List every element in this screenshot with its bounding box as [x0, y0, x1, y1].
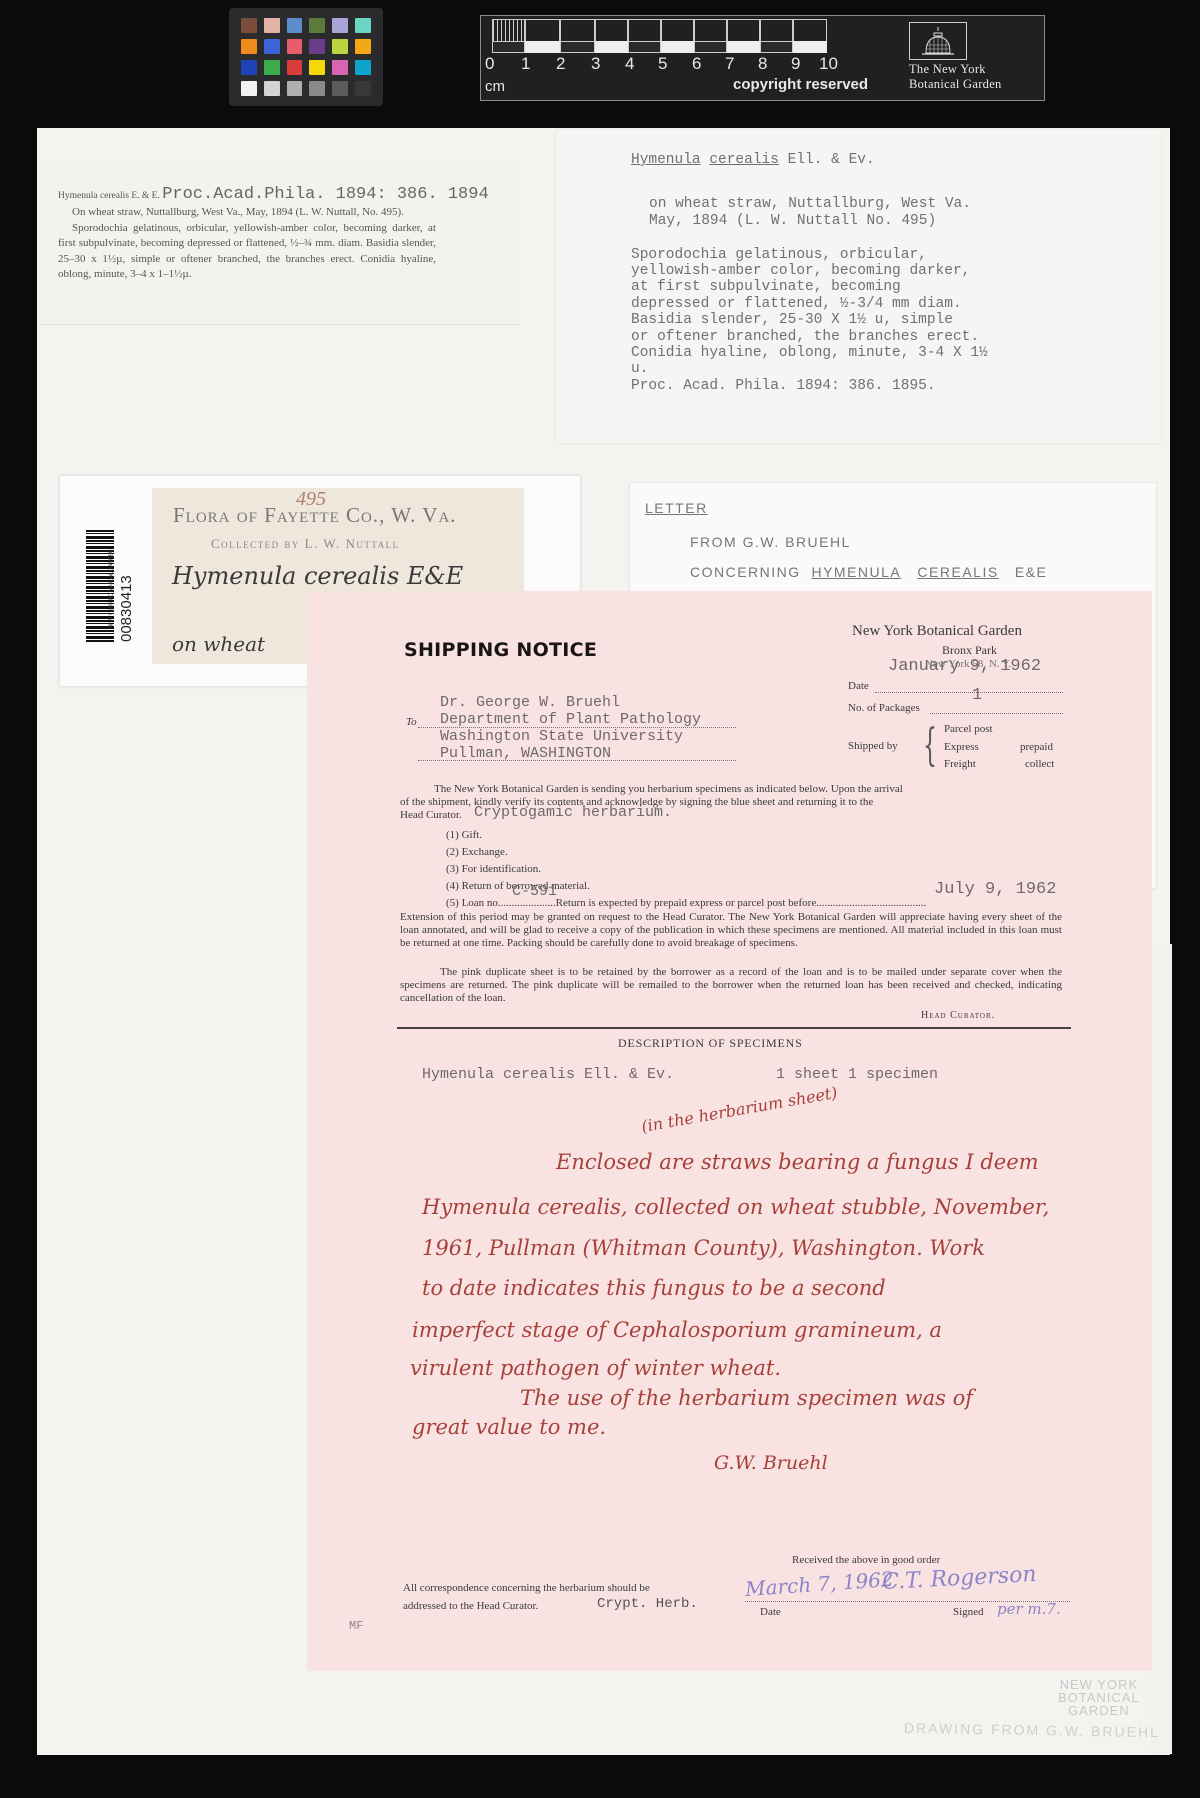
sender-org: New York Botanical Garden: [852, 623, 1022, 640]
color-swatch: [241, 18, 257, 33]
typed-collector: May, 1894 (L. W. Nuttall No. 495): [649, 213, 936, 230]
color-swatch: [264, 81, 280, 96]
tick-label: 8: [758, 54, 767, 74]
received-initials: per m.7.: [997, 1600, 1061, 1618]
handwritten-substrate: on wheat: [172, 632, 265, 656]
color-swatch: [309, 81, 325, 96]
duplicate-sheet-text: The pink duplicate sheet is to be retain…: [400, 966, 1062, 1005]
ship-option: Parcel post: [944, 723, 993, 735]
typed-desc-line: Basidia slender, 25-30 X 1½ u, simple: [631, 312, 953, 329]
citation: Proc.Acad.Phila. 1894: 386. 1894: [162, 185, 488, 204]
typed-desc-line: depressed or flattened, ½-3/4 mm diam.: [631, 296, 962, 313]
typed-desc-line: Sporodochia gelatinous, orbicular,: [631, 247, 927, 264]
tick-label: 3: [591, 54, 600, 74]
color-swatch: [332, 81, 348, 96]
recipient-name: Dr. George W. Bruehl: [440, 694, 620, 711]
color-swatch: [355, 60, 371, 75]
color-swatch: [287, 81, 303, 96]
handwritten-line: Enclosed are straws bearing a fungus I d…: [556, 1150, 1039, 1174]
tick-label: 2: [556, 54, 565, 74]
loan-number: C-591: [512, 883, 557, 900]
option-exchange: (2) Exchange.: [446, 846, 508, 858]
handwritten-line: The use of the herbarium specimen was of: [520, 1386, 973, 1410]
typed-desc-line: or oftener branched, the branches erect.: [631, 329, 979, 346]
color-swatch: [287, 60, 303, 75]
option-gift: (1) Gift.: [446, 829, 482, 841]
ship-term: collect: [1025, 758, 1054, 770]
color-swatch: [332, 60, 348, 75]
color-swatch: [287, 18, 303, 33]
barcode: NEW YORK BOTANICAL GARDEN 00830413: [86, 530, 130, 642]
to-label: To: [406, 716, 417, 728]
letter-title: LETTER: [645, 500, 708, 516]
description-text: Sporodochia gelatinous, orbicular, yello…: [58, 221, 436, 283]
ship-term: prepaid: [1020, 741, 1053, 753]
nybg-stamp: NEW YORK BOTANICAL GARDEN: [1058, 1678, 1140, 1717]
return-date: July 9, 1962: [934, 880, 1056, 899]
tick-label: 6: [692, 54, 701, 74]
tick-label: 0: [485, 54, 494, 74]
authority: E&E: [1015, 564, 1048, 580]
color-swatch: [309, 18, 325, 33]
footer-text: All correspondence concerning the herbar…: [403, 1582, 650, 1594]
recipient-univ: Washington State University: [440, 728, 683, 745]
typed-desc-line: yellowish-amber color, becoming darker,: [631, 263, 970, 280]
color-swatch: [264, 18, 280, 33]
unit-label: cm: [485, 78, 505, 95]
intro-text: The New York Botanical Garden is sending…: [400, 783, 1062, 796]
typed-desc-line: at first subpulvinate, becoming: [631, 279, 901, 296]
typist-initials: MF: [349, 1619, 363, 1633]
packages-label: No. of Packages: [848, 702, 920, 714]
conservatory-dome-icon: [909, 22, 967, 60]
date-label: Date: [760, 1606, 781, 1618]
terms-text: Extension of this period may be granted …: [400, 911, 1062, 950]
typed-desc-line: u.: [631, 361, 648, 378]
label-collector: Collected by L. W. Nuttall: [211, 536, 400, 552]
handwritten-line: Hymenula cerealis, collected on wheat st…: [422, 1195, 1049, 1219]
scale-bar: 0 1 2 3 4 5 6 7 8 9 10 cm copyright rese…: [480, 15, 1045, 101]
signed-label: Signed: [953, 1606, 984, 1618]
letter-concerning: CONCERNING HYMENULA CEREALIS E&E: [690, 564, 1047, 580]
typed-citation: Proc. Acad. Phila. 1894: 386. 1895.: [631, 378, 936, 395]
brace-icon: {: [923, 720, 937, 771]
typed-department: Cryptogamic herbarium.: [474, 804, 672, 821]
handwritten-line: 1961, Pullman (Whitman County), Washingt…: [422, 1236, 985, 1260]
clipping-body: On wheat straw, Nuttallburg, West Va., M…: [58, 205, 436, 283]
handwritten-line: virulent pathogen of winter wheat.: [410, 1356, 781, 1380]
species: cerealis: [709, 152, 779, 168]
stamp-line: GARDEN: [1058, 1704, 1140, 1717]
authority: Ell. & Ev.: [788, 152, 875, 168]
recipient-dept: Department of Plant Pathology: [440, 711, 701, 728]
typed-locality: on wheat straw, Nuttallburg, West Va.: [649, 196, 971, 213]
handwritten-taxon: Hymenula cerealis E&E: [172, 562, 463, 590]
option-identification: (3) For identification.: [446, 863, 541, 875]
handwritten-signature: G.W. Bruehl: [714, 1452, 828, 1474]
shipping-date: January 9, 1962: [888, 657, 1041, 676]
ruler-numbers: 0 1 2 3 4 5 6 7 8 9 10: [485, 54, 835, 76]
ship-option: Express: [944, 741, 979, 753]
genus: HYMENULA: [811, 564, 901, 580]
color-swatch: [309, 60, 325, 75]
tick-label: 7: [725, 54, 734, 74]
color-checker-card: [229, 8, 383, 106]
received-label: Received the above in good order: [792, 1554, 940, 1566]
taxon-name: Hymenula cerealis E. & E.: [58, 191, 160, 201]
tick-label: 9: [791, 54, 800, 74]
underlying-sheet-edge: [1150, 944, 1172, 1754]
ruler-graduations: [492, 19, 827, 53]
color-swatch: [241, 39, 257, 54]
institution-name: The New York Botanical Garden: [909, 62, 1002, 92]
publication-clipping: Hymenula cerealis E. & E. Proc.Acad.Phil…: [40, 165, 520, 325]
typed-description-card: Hymenula cerealis Ell. & Ev. on wheat st…: [556, 130, 1161, 443]
color-swatch: [309, 39, 325, 54]
footer-text: addressed to the Head Curator.: [403, 1600, 538, 1612]
genus: Hymenula: [631, 152, 701, 168]
institution-line: Botanical Garden: [909, 77, 1002, 92]
handwritten-line: great value to me.: [412, 1415, 606, 1439]
typed-dept-abbrev: Crypt. Herb.: [597, 1596, 698, 1612]
tick-label: 1: [521, 54, 530, 74]
tick-label: 4: [625, 54, 634, 74]
species: CEREALIS: [917, 564, 998, 580]
locality-text: On wheat straw, Nuttallburg, West Va., M…: [58, 205, 436, 221]
sender-address: Bronx Park: [942, 643, 997, 658]
ship-option: Freight: [944, 758, 976, 770]
label-title: Flora of Fayette Co., W. Va.: [173, 503, 457, 528]
specimen-name: Hymenula cerealis Ell. & Ev.: [422, 1066, 674, 1083]
form-title: SHIPPING NOTICE: [404, 639, 597, 661]
color-swatch: [241, 81, 257, 96]
color-swatch: [264, 39, 280, 54]
barcode-number: 00830413: [118, 575, 135, 642]
shipping-notice-form: [307, 591, 1152, 1671]
copyright-notice: copyright reserved: [733, 76, 868, 93]
barcode-institution: NEW YORK BOTANICAL GARDEN: [109, 549, 115, 628]
description-heading: DESCRIPTION OF SPECIMENS: [618, 1036, 803, 1051]
typed-taxon: Hymenula cerealis Ell. & Ev.: [631, 152, 875, 169]
handwritten-line: imperfect stage of Cephalosporium gramin…: [412, 1318, 942, 1342]
color-swatch: [332, 39, 348, 54]
color-swatch: [355, 39, 371, 54]
typed-desc-line: Conidia hyaline, oblong, minute, 3-4 X 1…: [631, 345, 988, 362]
divider: [397, 1027, 1071, 1029]
packages-count: 1: [972, 686, 982, 705]
color-swatch: [355, 18, 371, 33]
handwritten-line: to date indicates this fungus to be a se…: [422, 1276, 886, 1300]
color-swatch: [332, 18, 348, 33]
tick-label: 10: [819, 54, 838, 74]
color-swatch: [264, 60, 280, 75]
color-swatch: [241, 60, 257, 75]
concerning-label: CONCERNING: [690, 564, 801, 580]
color-swatch: [287, 39, 303, 54]
clipping-header: Hymenula cerealis E. & E. Proc.Acad.Phil…: [58, 185, 489, 204]
shipped-by-label: Shipped by: [848, 740, 898, 752]
institution-line: The New York: [909, 62, 1002, 77]
date-label: Date: [848, 680, 869, 692]
tick-label: 5: [658, 54, 667, 74]
letter-from: FROM G.W. BRUEHL: [690, 534, 851, 550]
specimen-count: 1 sheet 1 specimen: [776, 1066, 938, 1083]
head-curator-label: Head Curator.: [921, 1010, 995, 1021]
color-swatch: [355, 81, 371, 96]
